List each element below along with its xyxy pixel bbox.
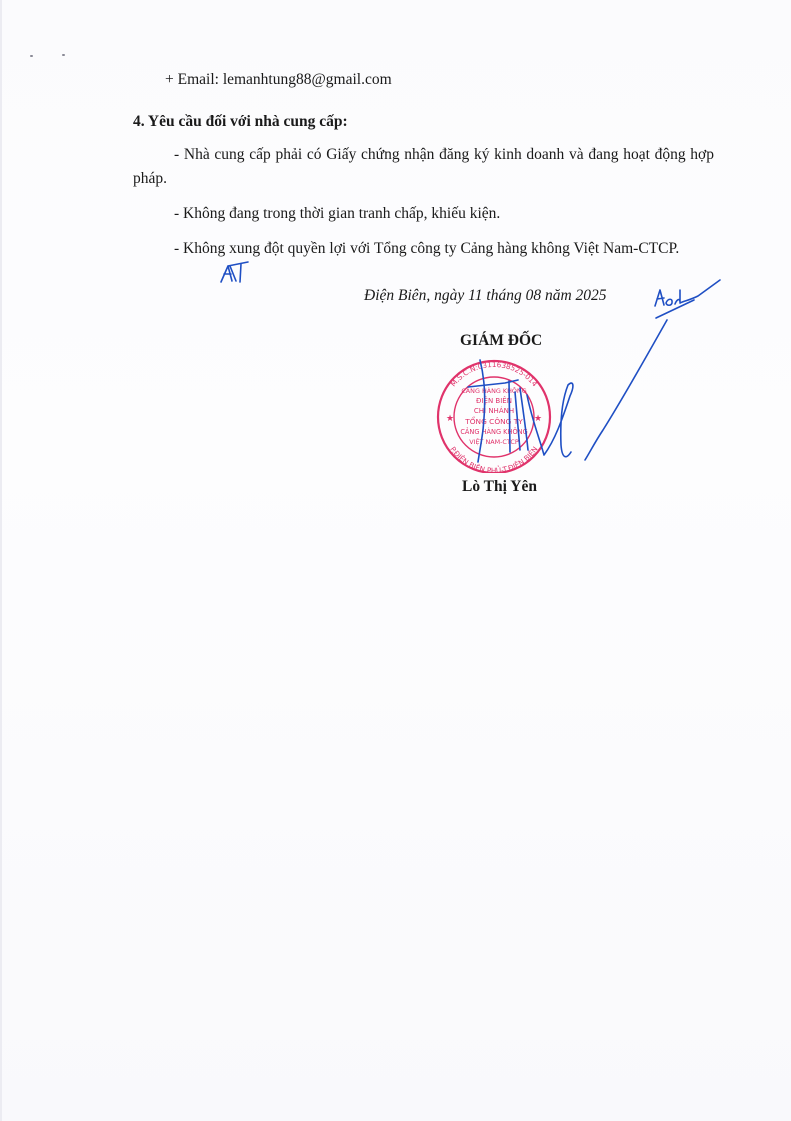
stamp-line: TỔNG CÔNG TY [464, 416, 523, 426]
initials-mark-1 [221, 262, 248, 282]
requirement-2: - Không đang trong thời gian tranh chấp,… [174, 206, 500, 222]
signer-title: GIÁM ĐỐC [460, 333, 542, 349]
stamp-star-icon: ★ [446, 414, 454, 424]
email-line: + Email: lemanhtung88@gmail.com [165, 72, 392, 88]
stamp-line: CẢNG HÀNG KHÔNG [460, 427, 527, 436]
requirement-3: - Không xung đột quyền lợi với Tổng công… [133, 237, 714, 261]
svg-text:P.ĐIỆN BIÊN PHỦ-T.ĐIỆN BIÊN: P.ĐIỆN BIÊN PHỦ-T.ĐIỆN BIÊN [448, 445, 539, 473]
stamp-line: CHI NHÁNH [474, 406, 514, 415]
stamp-star-icon: ★ [534, 414, 542, 424]
requirement-3-text: - Không xung đột quyền lợi với Tổng công… [174, 240, 679, 257]
signature-long-stroke [585, 320, 667, 460]
stamp-line: ĐIỆN BIÊN [476, 396, 512, 405]
scan-speck [30, 55, 33, 57]
svg-text:M.S.C.N:0311638525-014: M.S.C.N:0311638525-014 [449, 360, 540, 389]
scan-edge [0, 0, 2, 1121]
signer-name: Lò Thị Yên [462, 479, 537, 495]
initials-mark-2 [655, 280, 720, 306]
document-page: + Email: lemanhtung88@gmail.com 4. Yêu c… [0, 0, 791, 1121]
stamp-line: CẢNG HÀNG KHÔNG [461, 386, 526, 395]
stamp-outer-top: M.S.C.N:0311638525-014 [449, 360, 540, 389]
section-heading: 4. Yêu cầu đối với nhà cung cấp: [133, 114, 348, 130]
signature-stroke [656, 300, 694, 318]
stamp-line: VIỆT NAM-CTCP [469, 437, 519, 446]
scan-speck [62, 54, 65, 56]
requirement-1: - Nhà cung cấp phải có Giấy chứng nhận đ… [133, 143, 714, 191]
company-stamp: M.S.C.N:0311638525-014 P.ĐIỆN BIÊN PHỦ-T… [430, 355, 558, 473]
place-date: Điện Biên, ngày 11 tháng 08 năm 2025 [364, 288, 607, 304]
stamp-outer-bottom: P.ĐIỆN BIÊN PHỦ-T.ĐIỆN BIÊN [448, 445, 539, 473]
